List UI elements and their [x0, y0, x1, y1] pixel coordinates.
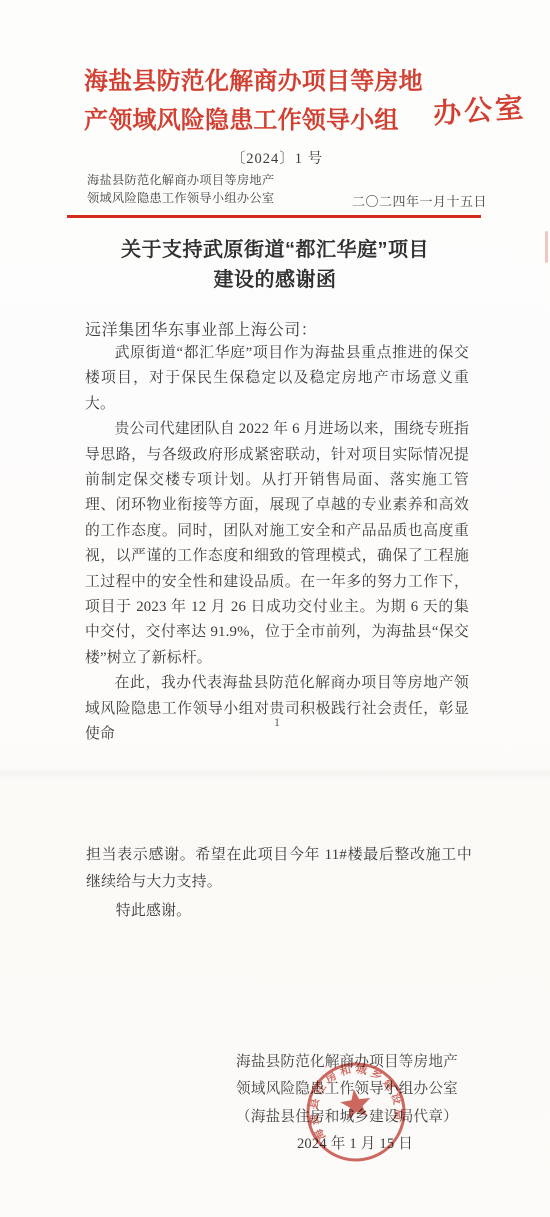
issuer-block: 海盐县防范化解商办项目等房地产 领域风险隐患工作领导小组办公室 [87, 172, 274, 207]
letter-body-page1: 武原街道“都汇华庭”项目作为海盐县重点推进的保交楼项目，对于保民生保稳定以及稳定… [85, 341, 469, 748]
issuer-line1: 海盐县防范化解商办项目等房地产 [87, 172, 274, 190]
letterhead-org-title: 海盐县防范化解商办项目等房地 产领域风险隐患工作领导小组 [84, 63, 429, 141]
page-number: 1 [85, 715, 469, 730]
letterhead-divider-rule [67, 215, 481, 218]
letterhead-org-title-line1: 海盐县防范化解商办项目等房地 [84, 63, 429, 102]
letterhead-org-title-suffix: 办公室 [432, 86, 528, 132]
paragraph-3-page1-part: 在此，我办代表海盐县防范化解商办项目等房地产领域风险隐患工作领导小组对贵司积极践… [85, 671, 469, 747]
scan-artifact [545, 231, 548, 263]
document-number: 〔2024〕1 号 [85, 147, 469, 168]
letter-title-line1: 关于支持武原街道“都汇华庭”项目 [65, 235, 485, 265]
seal-star-icon [339, 1087, 373, 1120]
letter-title-line2: 建设的感谢函 [65, 265, 485, 295]
letterhead-org-title-line2: 产领域风险隐患工作领导小组 [84, 102, 429, 141]
closing-line: 特此感谢。 [86, 898, 472, 925]
page-break-shading [0, 768, 550, 778]
paragraph-2: 贵公司代建团队自 2022 年 6 月进场以来，围绕专班指导思路，与各级政府形成… [85, 417, 469, 671]
issuer-line2: 领域风险隐患工作领导小组办公室 [87, 190, 274, 208]
scanned-official-letter: 海盐县防范化解商办项目等房地 产领域风险隐患工作领导小组 办公室 〔2024〕1… [0, 0, 550, 1217]
paragraph-3-page2-part: 担当表示感谢。希望在此项目今年 11#楼最后整改施工中继续给与大力支持。 [86, 842, 472, 896]
official-seal: 海盐县住房和城乡建设局 [296, 1052, 416, 1172]
salutation: 远洋集团华东事业部上海公司： [85, 317, 317, 340]
letter-title: 关于支持武原街道“都汇华庭”项目 建设的感谢函 [65, 235, 485, 295]
paragraph-1: 武原街道“都汇华庭”项目作为海盐县重点推进的保交楼项目，对于保民生保稳定以及稳定… [85, 341, 469, 417]
issue-date: 二〇二四年一月十五日 [352, 191, 487, 210]
letter-body-page2: 担当表示感谢。希望在此项目今年 11#楼最后整改施工中继续给与大力支持。 特此感… [86, 842, 472, 926]
